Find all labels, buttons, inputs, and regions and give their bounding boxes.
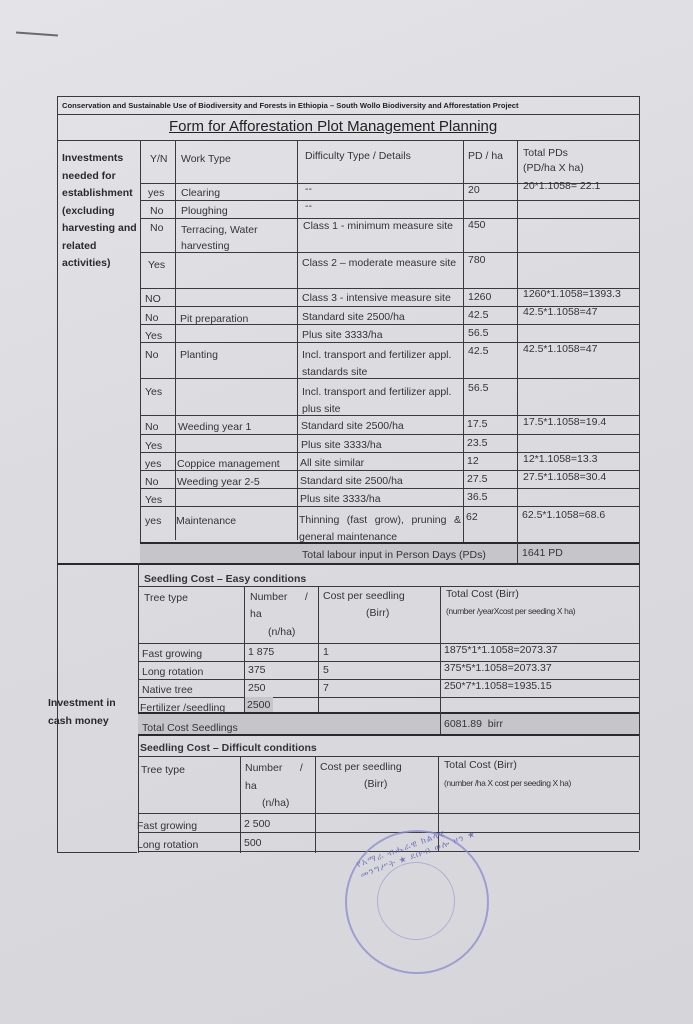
row-difficulty: -- [305,200,312,213]
row-yn: No [145,476,158,489]
row-pd-ha: 56.5 [468,382,488,395]
row-difficulty: Standard site 2500/ha [300,475,403,488]
header-total-pds-formula: (PD/ha X ha) [523,162,584,175]
row-number: 2500 [247,699,270,712]
row-difficulty: Plus site 3333/ha [301,439,382,452]
labour-section-label: Investments needed for establishment (ex… [62,150,142,273]
row-tree-type: Native tree [142,684,193,697]
row-difficulty: Standard site 2500/ha [302,311,405,324]
pen-mark [16,32,58,37]
total-labour-value: 1641 PD [522,547,563,560]
row-number: 500 [244,837,262,850]
row-difficulty: Plus site 3333/ha [300,493,381,506]
row-difficulty: Class 1 - minimum measure site [303,220,453,233]
row-yn: NO [145,293,161,306]
row-total-cost: 1875*1*1.1058=2073.37 [444,644,558,657]
row-difficulty: Standard site 2500/ha [301,420,404,433]
row-number: 250 [248,682,266,695]
row-work-type: Weeding year 2-5 [177,476,260,489]
row-cost: 1 [323,646,329,659]
difficult-header-number: Number / [245,762,303,775]
row-tree-type: Fast growing [142,648,202,661]
row-yn: No [145,312,158,325]
row-work-type: Terracing, Water harvesting [181,222,291,254]
row-number: 375 [248,664,266,677]
form-title: Form for Afforestation Plot Management P… [169,120,497,133]
row-total: 27.5*1.1058=30.4 [523,471,606,484]
row-pd-ha: 56.5 [468,327,488,340]
cash-section-label: Investment in cash money [48,695,138,730]
row-pd-ha: 23.5 [467,437,487,450]
easy-header-total-formula: (number /yearXcost per seeding X ha) [446,605,575,618]
row-tree-type: Fast growing [137,820,197,833]
row-yn: Yes [145,494,162,507]
row-difficulty: -- [305,183,312,196]
difficult-header-total-formula: (number /ha X cost per seeding X ha) [444,777,571,790]
difficult-conditions-title: Seedling Cost – Difficult conditions [140,742,317,755]
row-yn: Yes [145,330,162,343]
row-pd-ha: 20 [468,184,480,197]
easy-conditions-title: Seedling Cost – Easy conditions [144,573,306,586]
row-total: 17.5*1.1058=19.4 [523,416,606,429]
row-total-cost: 250*7*1.1058=1935.15 [444,680,552,693]
difficult-header-cost: Cost per seedling [320,761,402,774]
project-header: Conservation and Sustainable Use of Biod… [62,99,519,112]
total-labour-label: Total labour input in Person Days (PDs) [302,549,486,562]
row-number: 1 875 [248,646,274,659]
row-pd-ha: 12 [467,455,479,468]
row-difficulty: Incl. transport and fertilizer appl. plu… [302,384,462,418]
row-pd-ha: 62 [466,511,478,524]
difficult-header-cost-unit: (Birr) [364,778,387,791]
easy-header-number-nha: (n/ha) [268,626,295,639]
total-cost-seedlings-value: 6081.89 birr [444,718,503,731]
row-work-type: Coppice management [177,458,280,471]
row-yn: No [145,421,158,434]
header-work-type: Work Type [181,153,231,166]
official-seal-icon: የአማራ ብሔራዊ ክልላዊ መንግሥት ★ ደቡብ ወሎ ዞን ★ [345,830,489,974]
row-work-type: Maintenance [176,515,236,528]
easy-header-number-unit: ha [250,608,262,621]
row-yn: Yes [145,386,162,399]
row-yn: yes [145,458,161,471]
row-yn: Yes [148,259,165,272]
row-yn: yes [148,187,164,200]
header-pd-ha: PD / ha [468,150,503,163]
header-yn: Y/N [150,153,168,166]
row-difficulty: Class 3 - intensive measure site [302,292,451,305]
row-pd-ha: 42.5 [468,345,488,358]
row-pd-ha: 36.5 [467,491,487,504]
easy-header-cost-unit: (Birr) [366,607,389,620]
row-work-type: Planting [180,349,218,362]
row-pd-ha: 450 [468,219,486,232]
row-difficulty: Thinning (fast grow), pruning & general … [299,512,461,546]
header-total-pds: Total PDs [523,147,568,160]
row-difficulty: Class 2 – moderate measure site [302,255,462,272]
row-pd-ha: 780 [468,254,486,267]
row-total: 42.5*1.1058=47 [523,306,597,319]
difficult-header-number-unit: ha [245,780,257,793]
row-work-type: Pit preparation [180,313,248,326]
row-total: 62.5*1.1058=68.6 [522,509,605,522]
row-cost: 5 [323,664,329,677]
difficult-header-tree-type: Tree type [141,764,185,777]
row-tree-type: Long rotation [137,839,198,852]
easy-header-tree-type: Tree type [144,592,188,605]
row-yn: Yes [145,440,162,453]
row-difficulty: All site similar [300,457,364,470]
row-cost: 7 [323,682,329,695]
difficult-header-number-nha: (n/ha) [262,797,289,810]
difficult-header-total: Total Cost (Birr) [444,759,517,772]
row-yn: No [150,205,163,218]
row-work-type: Clearing [181,187,220,200]
row-number: 2 500 [244,818,270,831]
easy-header-cost: Cost per seedling [323,590,405,603]
row-total-cost: 375*5*1.1058=2073.37 [444,662,552,675]
row-pd-ha: 27.5 [467,473,487,486]
row-yn: No [150,222,163,235]
row-total: 12*1.1058=13.3 [523,453,597,466]
row-tree-type: Long rotation [142,666,203,679]
easy-header-number: Number / [250,591,308,604]
row-yn: yes [145,515,161,528]
row-difficulty: Incl. transport and fertilizer appl. sta… [302,347,462,381]
row-pd-ha: 17.5 [467,418,487,431]
header-difficulty: Difficulty Type / Details [305,150,411,163]
row-difficulty: Plus site 3333/ha [302,329,383,342]
row-total: 20*1.1058= 22.1 [523,180,600,193]
row-total: 1260*1.1058=1393.3 [523,288,621,301]
row-work-type: Ploughing [181,205,228,218]
row-pd-ha: 1260 [468,291,491,304]
row-yn: No [145,349,158,362]
easy-header-total: Total Cost (Birr) [446,588,519,601]
row-work-type: Weeding year 1 [178,421,251,434]
row-total: 42.5*1.1058=47 [523,343,597,356]
row-pd-ha: 42.5 [468,309,488,322]
